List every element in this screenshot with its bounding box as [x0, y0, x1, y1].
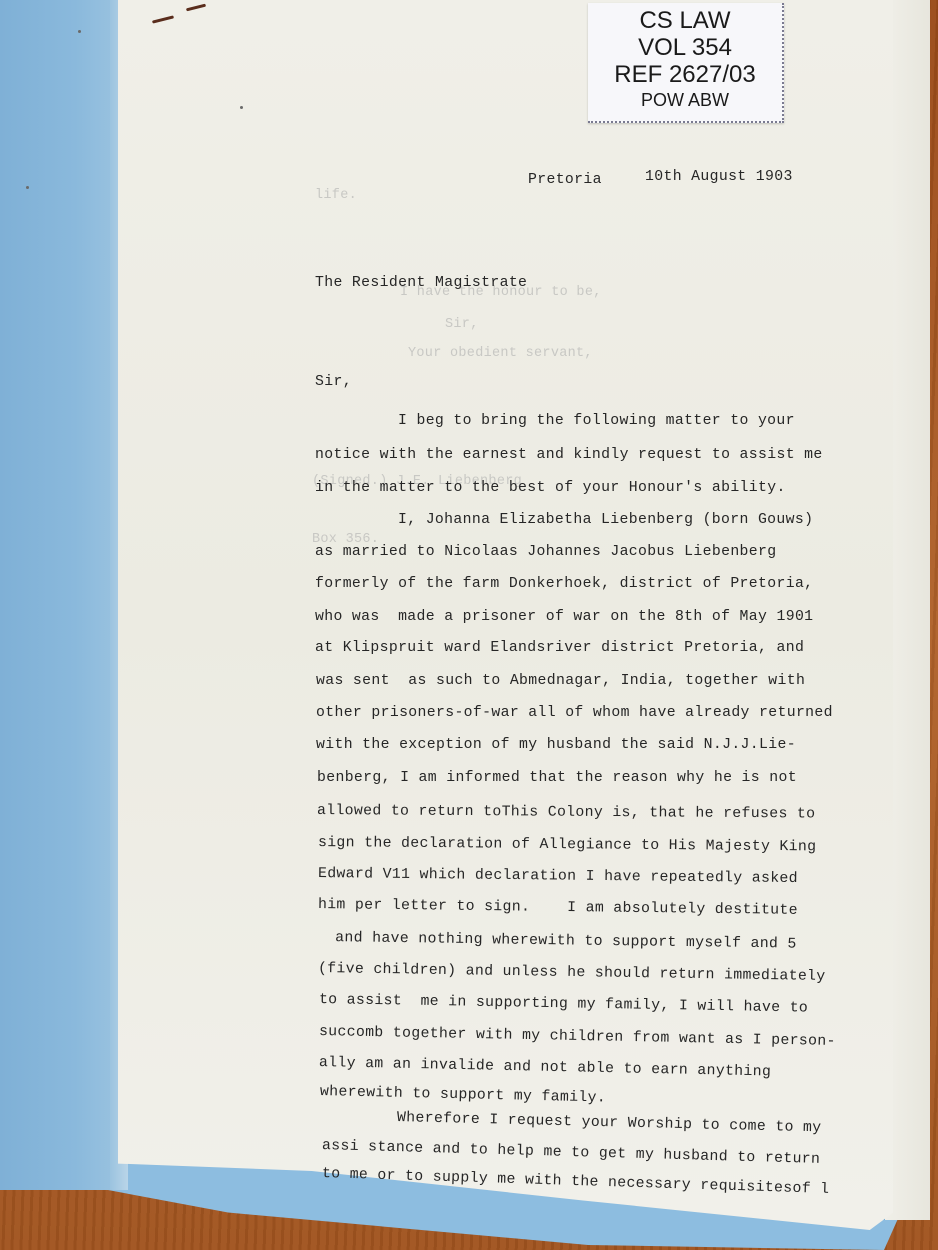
- show-through-text: Your obedient servant,: [408, 346, 593, 361]
- label-line-4: POW ABW: [588, 88, 782, 112]
- letter-body-line: formerly of the farm Donkerhoek, distric…: [315, 576, 813, 592]
- letter-body-line: I beg to bring the following matter to y…: [398, 413, 795, 429]
- folder-speck: [26, 186, 29, 189]
- letter-body-line: in the matter to the best of your Honour…: [315, 480, 786, 496]
- label-line-1: CS LAW: [588, 7, 782, 34]
- label-line-3: REF 2627/03: [588, 61, 782, 88]
- letter-body-line: at Klipspruit ward Elandsriver district …: [315, 640, 804, 656]
- archive-reference-label: CS LAW VOL 354 REF 2627/03 POW ABW: [588, 3, 784, 123]
- letter-body-line: with the exception of my husband the sai…: [316, 737, 796, 753]
- show-through-text: Sir,: [445, 317, 479, 332]
- letter-body-line: notice with the earnest and kindly reque…: [315, 447, 823, 463]
- paper-speck: [240, 106, 243, 109]
- letter-addressee: The Resident Magistrate: [315, 275, 527, 291]
- letter-body-line: I, Johanna Elizabetha Liebenberg (born G…: [398, 512, 813, 528]
- letter-date: 10th August 1903: [645, 169, 793, 185]
- letter-body-line: was sent as such to Abmednagar, India, t…: [316, 673, 805, 689]
- show-through-text: life.: [315, 188, 357, 203]
- letter-place: Pretoria: [528, 172, 602, 188]
- letter-body-line: as married to Nicolaas Johannes Jacobus …: [315, 544, 776, 560]
- letter-body-line: benberg, I am informed that the reason w…: [317, 770, 797, 786]
- letter-salutation: Sir,: [315, 374, 352, 390]
- letter-body-line: who was made a prisoner of war on the 8t…: [315, 609, 813, 625]
- label-line-2: VOL 354: [588, 34, 782, 61]
- letter-body-line: other prisoners-of-war all of whom have …: [316, 705, 833, 721]
- blue-folder-left-flap: [0, 0, 125, 1190]
- folder-speck: [78, 30, 81, 33]
